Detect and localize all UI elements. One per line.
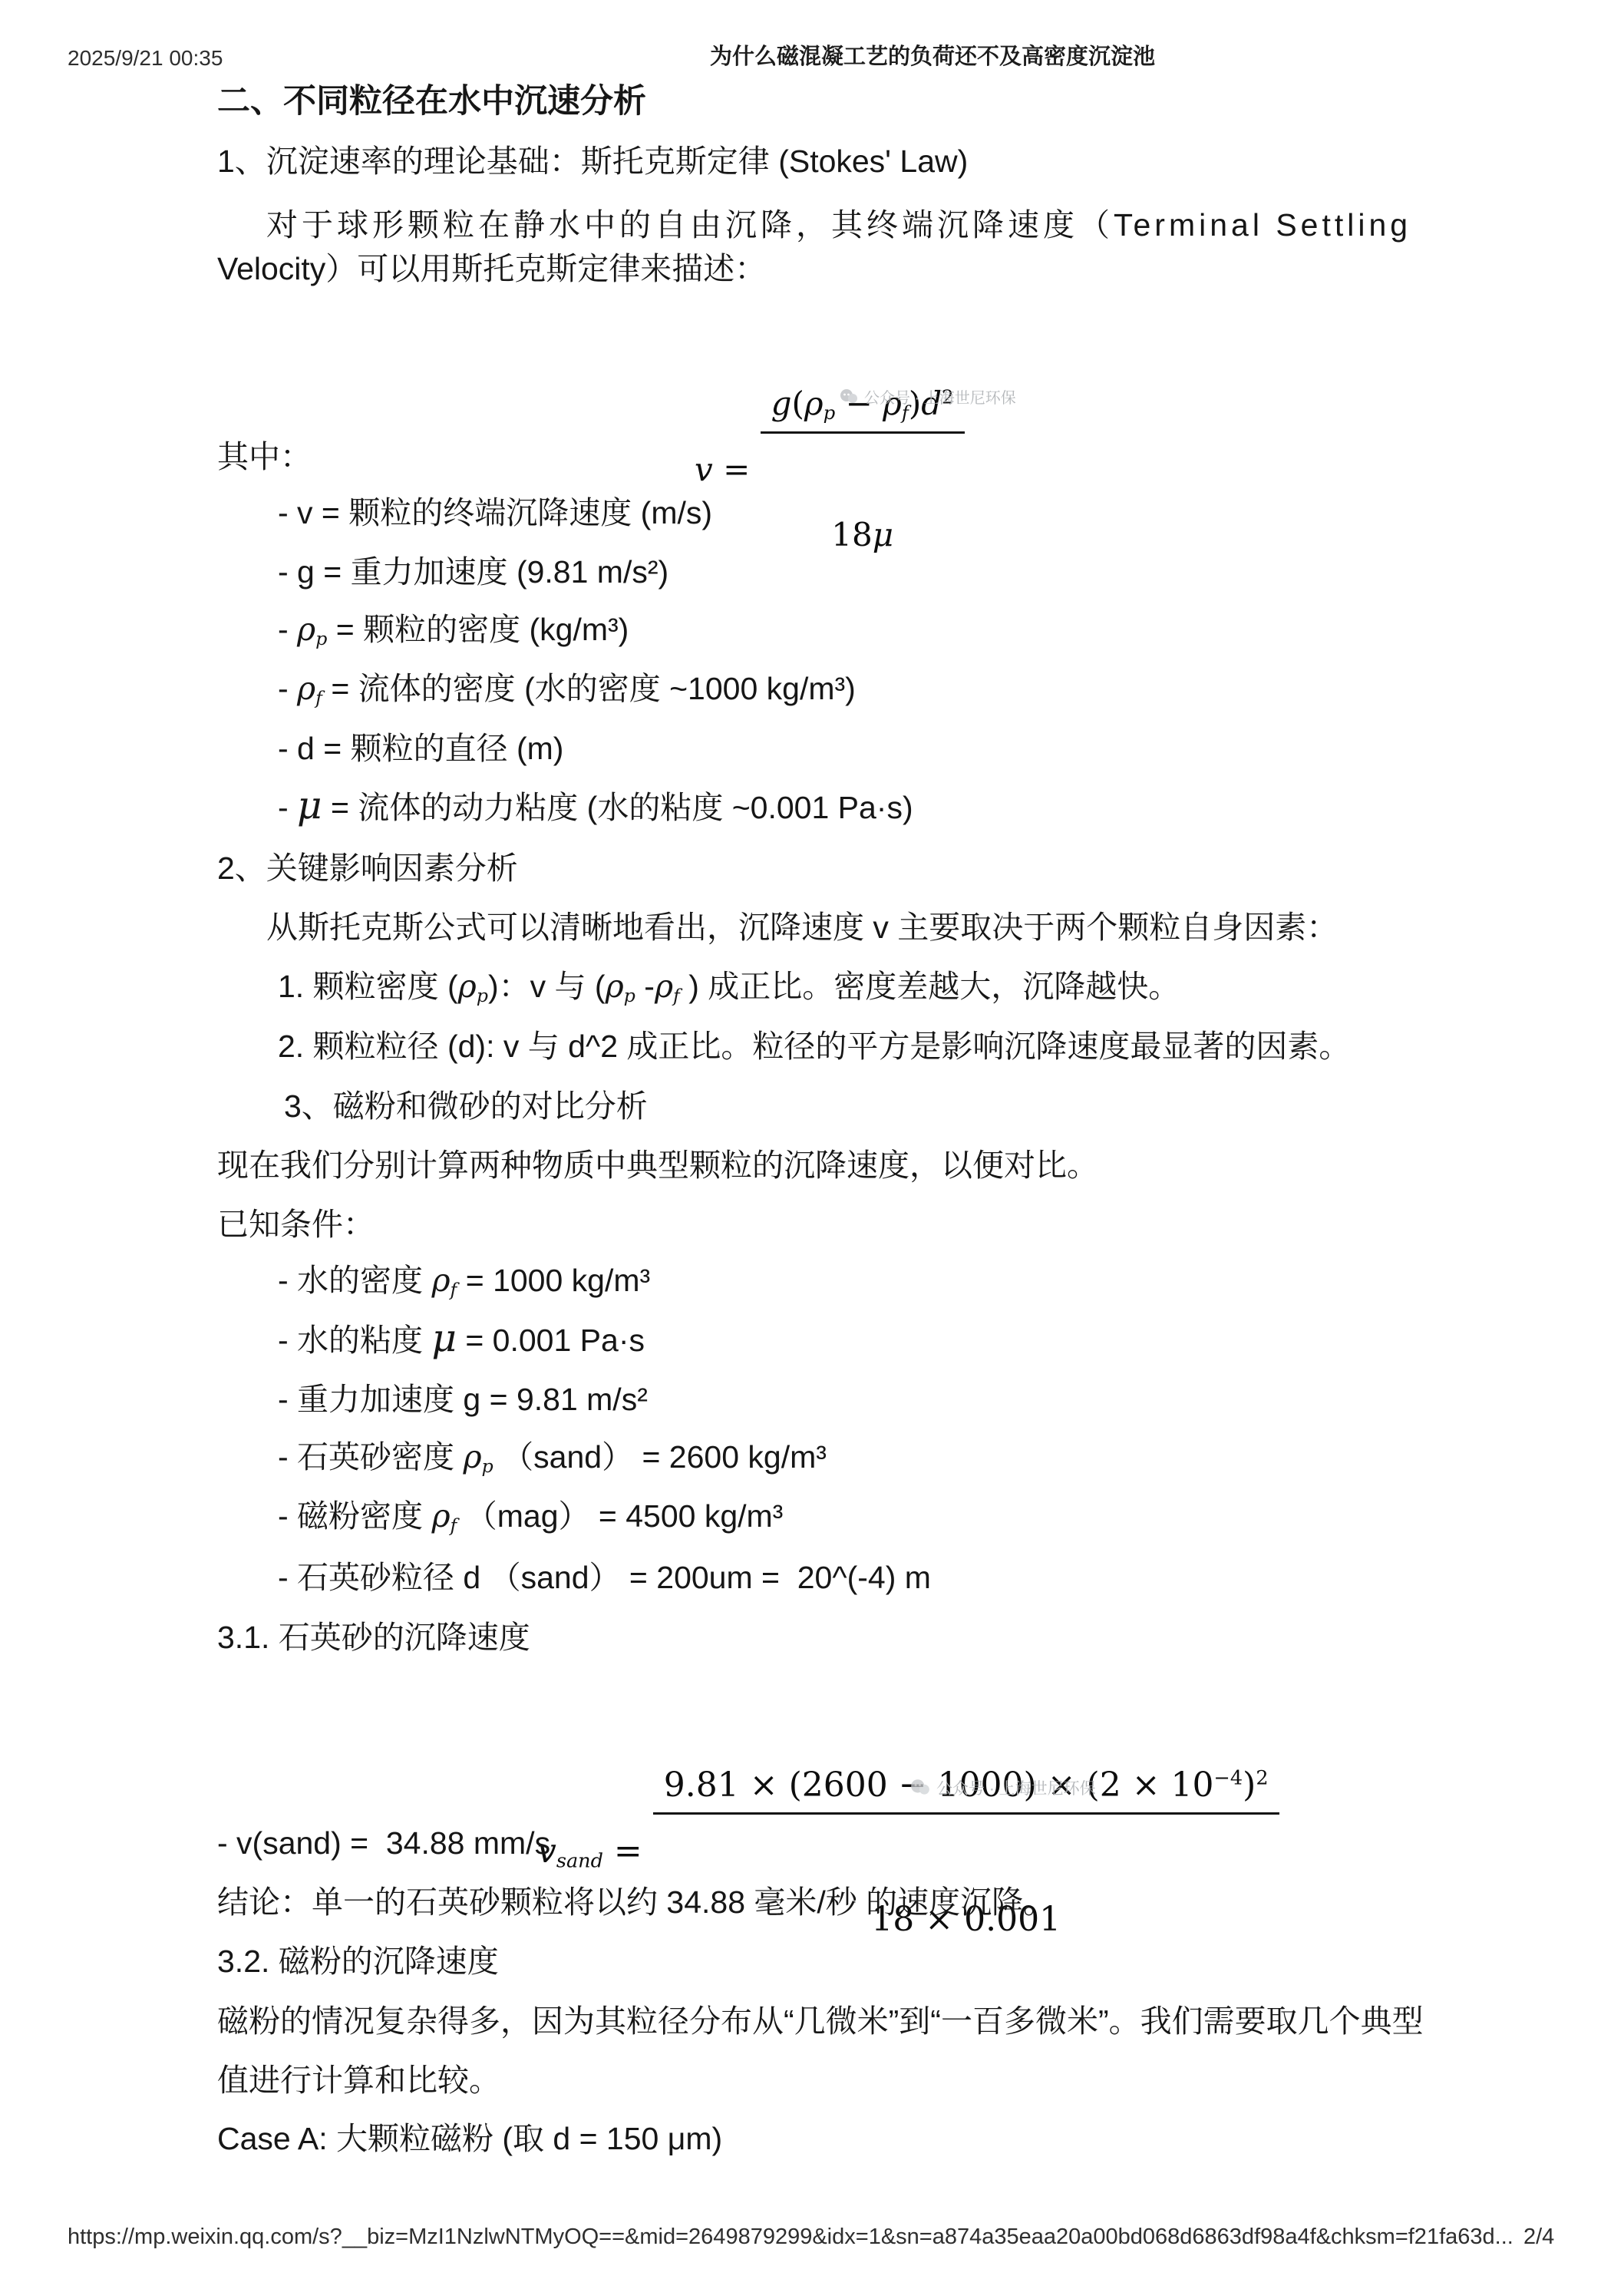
watermark-label: 公众号 · 上海世尼环保 <box>936 1776 1096 1799</box>
known-item-6: - 石英砂粒径 d （sand） = 200um = 20^(-4) m <box>278 1558 931 1597</box>
sand-conclusion: 结论：单一的石英砂颗粒将以约 34.88 毫米/秒 的速度沉降。 <box>217 1883 1055 1922</box>
known-item-1: - 水的密度 ρf = 1000 kg/m³ <box>278 1261 650 1302</box>
footer-page: 2/4 <box>1523 2223 1554 2251</box>
formula-denominator: 18μ <box>761 509 965 553</box>
s1-para-line1: 对于球形颗粒在静水中的自由沉降，其终端沉降速度（Terminal Settlin… <box>266 206 1411 245</box>
mag-para-line2: 值进行计算和比较。 <box>217 2061 500 2100</box>
s2-intro: 从斯托克斯公式可以清晰地看出，沉降速度 v 主要取决于两个颗粒自身因素： <box>266 908 1338 947</box>
s32-title: 3.2. 磁粉的沉降速度 <box>217 1942 499 1981</box>
compare-intro: 现在我们分别计算两种物质中典型颗粒的沉降速度，以便对比。 <box>217 1146 1098 1185</box>
header-title: 为什么磁混凝工艺的负荷还不及高密度沉淀池 <box>710 43 1155 71</box>
variable-item-6: - μ = 流体的动力粘度 (水的粘度 ~0.001 Pa·s) <box>278 786 913 827</box>
sand-result: - v(sand) = 34.88 mm/s <box>217 1824 550 1863</box>
footer-url: https://mp.weixin.qq.com/s?__biz=MzI1Nzl… <box>68 2223 1513 2251</box>
case-a: Case A: 大颗粒磁粉 (取 d = 150 μm) <box>217 2119 722 2159</box>
formula-fraction: 9.81 × (2600 − 1000) × (2 × 10−4)2 18 × … <box>653 1687 1279 2017</box>
section-heading: 二、不同粒径在水中沉速分析 <box>217 81 646 123</box>
variable-item-3: - ρp = 颗粒的密度 (kg/m³) <box>278 610 629 651</box>
where-label: 其中： <box>217 438 312 477</box>
s2-title: 2、关键影响因素分析 <box>217 849 518 888</box>
variable-item-1: - v = 颗粒的终端沉降速度 (m/s) <box>278 494 712 533</box>
s31-title: 3.1. 石英砂的沉降速度 <box>217 1618 530 1657</box>
page: 2025/9/21 00:35 为什么磁混凝工艺的负荷还不及高密度沉淀池 二、不… <box>0 0 1624 2289</box>
header-date: 2025/9/21 00:35 <box>68 45 223 71</box>
known-label: 已知条件： <box>217 1205 375 1244</box>
known-item-4: - 石英砂密度 ρp （sand） = 2600 kg/m³ <box>278 1438 827 1478</box>
stokes-formula: v = g(ρp − ρf)d2 18μ <box>695 309 965 629</box>
factor-item-1: 1. 颗粒密度 (ρp)：v 与 (ρp -ρf ) 成正比。密度差越大，沉降越… <box>278 967 1180 1008</box>
s1-title: 1、沉淀速率的理论基础：斯托克斯定律 (Stokes' Law) <box>217 142 968 181</box>
variable-item-5: - d = 颗粒的直径 (m) <box>278 729 563 768</box>
variable-item-4: - ρf = 流体的密度 (水的密度 ~1000 kg/m³) <box>278 669 856 710</box>
mag-para-line1: 磁粉的情况复杂得多，因为其粒径分布从“几微米”到“一百多微米”。我们需要取几个典… <box>217 2002 1424 2041</box>
known-item-5: - 磁粉密度 ρf （mag） = 4500 kg/m³ <box>278 1497 783 1538</box>
watermark-label: 公众号 · 上海世尼环保 <box>864 385 1016 408</box>
factor-item-3: 3、磁粉和微砂的对比分析 <box>284 1087 648 1126</box>
variable-item-2: - g = 重力加速度 (9.81 m/s²) <box>278 553 668 592</box>
wechat-bubbles-icon <box>839 388 859 405</box>
watermark-1: 公众号 · 上海世尼环保 <box>839 385 1016 408</box>
formula-lhs: v = <box>695 451 761 488</box>
watermark-2: 公众号 · 上海世尼环保 <box>909 1776 1096 1799</box>
known-item-2: - 水的粘度 μ = 0.001 Pa·s <box>278 1319 645 1360</box>
factor-item-2: 2. 颗粒粒径 (d): v 与 d^2 成正比。粒径的平方是影响沉降速度最显著… <box>278 1027 1350 1066</box>
formula-fraction: g(ρp − ρf)d2 18μ <box>761 309 965 629</box>
wechat-bubbles-icon <box>909 1779 931 1797</box>
s1-para-line2: Velocity）可以用斯托克斯定律来描述： <box>217 249 766 289</box>
formula-lhs: vsand = <box>537 1832 653 1872</box>
known-item-3: - 重力加速度 g = 9.81 m/s² <box>278 1380 648 1419</box>
sand-formula: vsand = 9.81 × (2600 − 1000) × (2 × 10−4… <box>537 1687 1279 2017</box>
